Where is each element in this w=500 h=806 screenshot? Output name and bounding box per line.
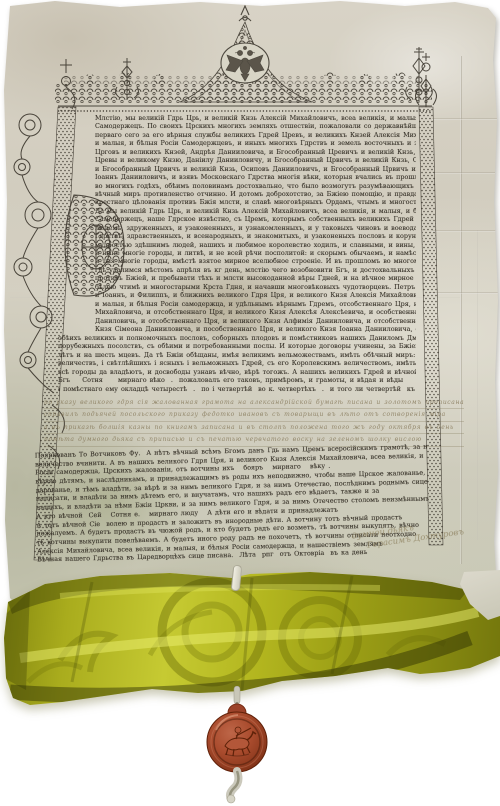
- text-line: і помѣстнаго ему окладцѣ четырестѣ . по …: [58, 385, 416, 393]
- text-line: порубежныхъ посолствъ, съ обѣими и потре…: [58, 342, 416, 350]
- parchment-sheet: Млстію, мы великій Гдрь Црь, и великій К…: [0, 0, 500, 640]
- text-line: во многихъ годѣхъ, обѣимъ половинамъ дос…: [95, 182, 416, 190]
- text-line: противъ Бжіей, и пребывати тѣхъ и млсти …: [95, 274, 416, 282]
- text-line: лѣтъ и на шесть мцевъ. Да тѣ Бжіи обѣщан…: [58, 351, 416, 359]
- faded-line: а въ приказѣ болшія казны по книгамъ зап…: [44, 422, 464, 434]
- text-line: Гдрствѣ, здравственныхъ, и всенародныхъ,…: [95, 232, 416, 240]
- seal-tail-cord: [227, 771, 238, 803]
- right-border-finial-icon: [416, 53, 437, 107]
- text-line: обѣихъ великихъ и полномочныхъ пословъ, …: [58, 334, 416, 342]
- text-block-upper-wide: обѣихъ великихъ и полномочныхъ пословъ, …: [58, 334, 416, 393]
- text-line: и ныне многіе городы, и литвѣ, и не всей…: [95, 249, 416, 257]
- text-line: мудростью здѣшнимъ людей, нашихъ и любим…: [95, 241, 416, 249]
- text-line: всѣ городы да владѣютъ, и досвободы узна…: [58, 368, 416, 376]
- parchment-surface: Млстію, мы великій Гдрь Црь, и великій К…: [0, 0, 500, 640]
- text-line: Цревы и великому Кнзю, Даніилу Даниилови…: [95, 156, 416, 164]
- text-line: и Іоаннъ, и Филиппъ, и ближнихъ великого…: [95, 291, 416, 299]
- faded-line: справилъ подьячей посольского приказу фе…: [44, 409, 464, 421]
- text-line: вѣчный миръ противленство отчинно. И дот…: [95, 190, 416, 198]
- seal-cord-upper: [234, 686, 240, 704]
- text-line: бѣлою чтимѣ и многостарыми Крста Гдня, и…: [95, 283, 416, 291]
- historic-charter-photo: Млстію, мы великій Гдрь Црь, и великій К…: [0, 0, 500, 806]
- text-line: Самодержецъ. По своихъ Црскихъ многихъ з…: [95, 122, 416, 130]
- text-line: гдѣ удалимся мѣстомъ апрѣля въ кг день, …: [95, 266, 416, 274]
- text-line: Кнзя Сімеона Данииловича, и пособственна…: [95, 325, 416, 333]
- fold-crease: [477, 230, 478, 540]
- text-line: Даниловичь, и отсобственнаго Цря, и вели…: [95, 317, 416, 325]
- text-line: и тыя многіе городы, вмѣстѣ взятое мирно…: [95, 257, 416, 265]
- crown-finial-icon: [239, 1, 251, 21]
- text-line: Самодержецъ, наше Гдрское извѣстно, съ Ц…: [95, 215, 416, 223]
- wax-seal: [200, 686, 276, 804]
- text-line: Бгъ Сотня мирнаго вѣко . пожаловалъ его …: [58, 376, 416, 384]
- text-line: и малыя, и бѣлыя Росіи Самодержцевъ, и и…: [95, 139, 416, 147]
- text-line: Іоаннъ Данииловичъ, и взявъ Московскаго …: [95, 173, 416, 181]
- text-line: Млстію, мы великій Гдрь Црь, и великій К…: [95, 114, 416, 122]
- text-line: и Бгособранный Црвичъ и великій Кнзь, Ос…: [95, 165, 416, 173]
- faded-line: по указу великого гдря сія жалованная гр…: [44, 397, 464, 409]
- faded-handwritten-inscription: по указу великого гдря сія жалованная гр…: [44, 397, 464, 447]
- text-line: перваго сего за его вѣрныя службы велики…: [95, 131, 416, 139]
- fold-crease: [460, 56, 462, 564]
- text-line: крестнаго цѣлованія противъ Бжія млсти, …: [95, 198, 416, 206]
- text-line: и малыя, и бѣлыя Росіи самодержца, и удѣ…: [95, 300, 416, 308]
- text-line: Да мы великій Гдрь Црь, и великій Кнзь А…: [95, 207, 416, 215]
- text-line: Михайловича, и отсобственнаго Цря, и вел…: [95, 308, 416, 316]
- text-block-upper: Млстію, мы великій Гдрь Црь, и великій К…: [95, 114, 416, 333]
- text-line: людемъ, здруженныхъ, и узаконенныхъ, и у…: [95, 224, 416, 232]
- text-line: величествъ, і свѣтлѣйшихъ і ясныхъ і вел…: [58, 359, 416, 367]
- text-line: Црговъ и великихъ Кнзей, Андрѣя Даниилов…: [95, 148, 416, 156]
